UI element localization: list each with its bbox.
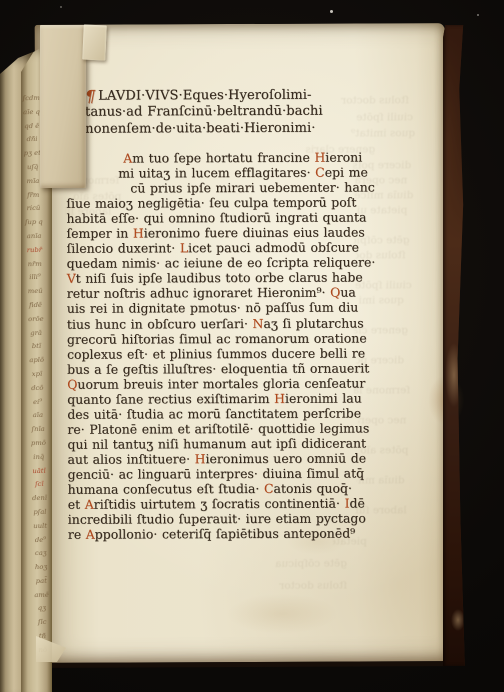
rubricated-initial: V xyxy=(67,271,76,286)
printed-text: des uitā· ſtudia ac morū ſanctitatem per… xyxy=(67,405,361,421)
printed-text: dē xyxy=(349,496,364,511)
guard-scribble: fidē xyxy=(21,299,51,313)
printed-text: ſiue maioʒ negligētia· ſeu culpa temporū… xyxy=(66,195,356,211)
printed-text: icet pauci admodū obſcure xyxy=(188,240,359,256)
printed-text: uis rei in dignitate pmotus· nō paſſus ſ… xyxy=(67,300,358,316)
guard-scribble: amē xyxy=(26,588,52,602)
printed-text: retur noſtris adhuc ignoraret xyxy=(67,285,257,301)
body-line-3: cū prius ipſe mirari uebementer· hanc xyxy=(66,180,375,196)
body-line-18: des uitā· ſtudia ac morū ſanctitatem per… xyxy=(67,405,376,421)
printed-text: H xyxy=(257,285,268,300)
heading: ¶LAVDI·VIVS·Eques·Hyeroſolimi-tanus·ad F… xyxy=(85,86,323,138)
rubricated-initial: A xyxy=(123,150,132,165)
printed-text: coplexus eſt· et plinius ſummos ducere b… xyxy=(67,345,365,361)
body-line-17: quanto ſane rectius exiſtimarim Hieronim… xyxy=(67,390,376,406)
body-line-7: ſilencio duxerint· Licet pauci admodū ob… xyxy=(67,240,376,256)
printed-text: ieroni xyxy=(325,149,362,164)
printed-text: ſemper in xyxy=(66,226,132,241)
printed-text: genciū· ac linguarū interpres· diuina ſi… xyxy=(68,465,365,481)
page-stain xyxy=(227,594,337,634)
body-line-5: habitā eſſe· qui omnino ſtudiorū ingrati… xyxy=(66,210,375,226)
printed-text: habitā eſſe· qui omnino ſtudiorū ingrati… xyxy=(66,210,366,226)
printed-text: et xyxy=(68,497,85,512)
printed-text: riſtidis uirtutem ʒ ſocratis continentiā… xyxy=(94,496,345,512)
printed-text: ſilencio duxerint· xyxy=(67,241,180,256)
guard-scribble: aplō xyxy=(21,354,52,368)
body-line-14: coplexus eſt· et plinius ſummos ducere b… xyxy=(67,345,376,361)
body-line-12: tius hunc in obſcuro uerſari· Naʒ ſi plu… xyxy=(67,315,376,331)
printed-text: t niſi ſuis ipſe laudibus toto orbe clar… xyxy=(76,270,363,286)
printed-text: aut alios inſtituere· xyxy=(67,451,194,467)
printed-text: cū prius ipſe mirari uebementer· hanc xyxy=(130,180,375,196)
body-line-16: Quorum breuis inter mortales gloria cenſ… xyxy=(67,375,376,391)
body-line-25: incredibili ſtudio ſuperauit· iure etiam… xyxy=(68,511,377,527)
body-line-6: ſemper in Hieronimo fuere diuinas eius l… xyxy=(66,225,375,241)
guard-scribble: ſīc xyxy=(27,616,52,630)
guard-scribble: ſup q xyxy=(21,216,49,230)
body-line-24: et Ariſtidis uirtutem ʒ ſocratis contine… xyxy=(68,495,377,511)
body-line-26: re Appollonio· ceteriſq̄ ſapiētibus ante… xyxy=(68,526,377,542)
body-line-22: genciū· ac linguarū interpres· diuina ſi… xyxy=(68,465,377,481)
printed-text: re· Platonē enim et ariſtotilē· quottidi… xyxy=(67,420,369,436)
guard-scribble: pſal xyxy=(24,506,52,520)
dust-speck xyxy=(330,10,333,13)
guard-scribble: illi⁹ xyxy=(21,271,51,285)
guard-scribble: ei⁹ xyxy=(22,395,52,409)
rubricated-initial: A xyxy=(86,527,95,542)
guard-scribble: grā xyxy=(21,326,52,340)
printed-text: quedam nimis· ac ieiune de eo ſcripta re… xyxy=(67,255,376,271)
printed-text: atonis quoq̄· xyxy=(273,481,352,496)
printed-text: aʒ ſi plutarchus xyxy=(263,315,363,330)
printed-text: ieronimi lau xyxy=(285,390,362,405)
guard-scribble: dcō xyxy=(22,381,52,395)
showthrough-line: gēte cōſpicua xyxy=(251,558,347,570)
printed-text: epi me xyxy=(325,164,368,179)
guard-scribble: orōe xyxy=(21,312,52,326)
corner-repair-tab xyxy=(40,25,86,188)
body-line-4: ſiue maioʒ negligētia· ſeu culpa temporū… xyxy=(66,195,375,211)
printed-text: tius hunc in obſcuro uerſari· xyxy=(67,315,253,331)
printed-text: quanto ſane rectius exiſtimarim xyxy=(67,391,274,407)
printed-text: grecorū hiſtorias ſimul ac romanorum ora… xyxy=(67,330,367,346)
body-line-21: aut alios inſtituere· Hieronimus uero om… xyxy=(67,450,376,466)
rubricated-initial: C xyxy=(264,481,274,496)
fore-edge-stain xyxy=(451,609,465,631)
fore-edge-stain xyxy=(445,343,463,407)
dust-speck xyxy=(60,6,62,8)
printed-text: humana conſecutus eſt ſtudia· xyxy=(68,481,264,497)
rubricated-initial: H xyxy=(195,451,206,466)
guard-scribble: ſnīa xyxy=(23,423,52,437)
printed-text: re xyxy=(68,527,86,542)
heading-line-2: tanus·ad Franſcinū·beltrandū·bachi xyxy=(85,104,323,121)
body-line-9: Vt niſi ſuis ipſe laudibus toto orbe cla… xyxy=(67,270,376,286)
guard-scribble: qʒ xyxy=(26,602,52,616)
rubricated-initial: Q xyxy=(67,376,77,391)
heading-line-3: nonenſem·de·uita·beati·Hieronimi· xyxy=(85,120,323,137)
rubricated-initial: H xyxy=(314,150,325,165)
guard-scribble: fr̄m xyxy=(21,188,49,202)
fore-edge-board xyxy=(443,25,471,666)
body-line-15: bus a ſe geſtis illuſtres· eloquentia tñ… xyxy=(67,360,376,376)
body-line-8: quedam nimis· ac ieiune de eo ſcripta re… xyxy=(67,255,376,271)
rubricated-initial: L xyxy=(180,241,188,256)
body-line-10: retur noſtris adhuc ignoraret Hieronim⁹·… xyxy=(67,285,376,301)
printed-text: qui nil tantuʒ niſi humanum aut ipſi did… xyxy=(67,435,366,451)
printed-text: uorum breuis inter mortales gloria cenſe… xyxy=(77,375,365,391)
guard-scribble: uātī xyxy=(23,464,52,478)
guard-scribble: caʒ xyxy=(25,547,52,561)
body-line-23: humana conſecutus eſt ſtudia· Catonis qu… xyxy=(68,480,377,496)
guard-scribble: xpī xyxy=(21,368,52,382)
guard-scribble: anīa xyxy=(21,230,50,244)
photo-backdrop: ſtolus doctorciuili ſpōtequos imitat⁹gen… xyxy=(0,0,504,692)
tab-fold xyxy=(82,25,107,61)
body-line-13: grecorū hiſtorias ſimul ac romanorum ora… xyxy=(67,330,376,346)
printed-text: bus a ſe geſtis illuſtres· eloquentia tñ… xyxy=(67,360,369,376)
guard-scribble: nr̄m xyxy=(21,257,50,271)
printed-text: m tuo ſepe hortatu francine xyxy=(132,150,314,166)
printed-text: nonenſem·de·uita·beati·Hieronimi· xyxy=(85,120,315,136)
rubricated-initial: A xyxy=(85,497,94,512)
body-line-19: re· Platonē enim et ariſtotilē· quottidi… xyxy=(67,420,376,436)
paraph-mark: ¶ xyxy=(85,87,95,106)
dust-speck xyxy=(477,14,479,16)
guard-scribble: de⁹ xyxy=(25,533,52,547)
body-line-20: qui nil tantuʒ niſi humanum aut ipſi did… xyxy=(67,435,376,451)
guard-scribble: meū xyxy=(21,285,51,299)
guard-scribble: ſcī xyxy=(24,478,52,492)
guard-scribble: uult xyxy=(25,519,52,533)
body-line-1: Am tuo ſepe hortatu francine Hieroni xyxy=(66,149,375,165)
guard-scribble: denī xyxy=(24,492,52,506)
printed-text: ieronimo fuere diuinas eius laudes xyxy=(144,225,365,241)
body-line-2: mi uitaʒ in lucem efflagitares· Cepi me xyxy=(66,164,375,180)
printed-text: ua xyxy=(340,285,356,300)
guard-scribble: btī xyxy=(21,340,52,354)
guard-scribble: aīa xyxy=(22,409,52,423)
printed-text: ieronimus uero omniū de xyxy=(205,450,366,466)
guard-scribble: ricū xyxy=(21,202,49,216)
printed-text: ieronim⁹· xyxy=(268,285,330,300)
body-text: Am tuo ſepe hortatu francine Hieronimi u… xyxy=(66,149,376,542)
showthrough-line: ſtolus doctor xyxy=(267,580,347,592)
guard-scribble: hoʒ xyxy=(25,561,52,575)
printed-text: mi uitaʒ in lucem efflagitares· xyxy=(118,165,315,181)
rubricated-initial: H xyxy=(133,226,144,241)
printed-text: incredibili ſtudio ſuperauit· iure etiam… xyxy=(68,511,366,527)
rubricated-initial: N xyxy=(253,315,264,330)
guard-scribble: pat̄ xyxy=(26,575,52,589)
book-page: ſtolus doctorciuili ſpōtequos imitat⁹gen… xyxy=(35,23,448,663)
rubricated-initial: Q xyxy=(330,285,340,300)
guard-scribble: pmō xyxy=(23,437,52,451)
heading-line-1: ¶LAVDI·VIVS·Eques·Hyeroſolimi- xyxy=(85,86,323,105)
guard-scribble: rubr̄ xyxy=(21,243,50,257)
body-line-11: uis rei in dignitate pmotus· nō paſſus ſ… xyxy=(67,300,376,316)
guard-scribble: inq̄ xyxy=(23,450,52,464)
printed-text: LAVDI·VIVS·Eques·Hyeroſolimi- xyxy=(98,88,311,104)
printed-text: tanus·ad Franſcinū·beltrandū·bachi xyxy=(85,104,323,120)
rubricated-initial: H xyxy=(274,391,285,406)
printed-text: ppollonio· ceteriſq̄ ſapiētibus anteponē… xyxy=(95,526,355,542)
